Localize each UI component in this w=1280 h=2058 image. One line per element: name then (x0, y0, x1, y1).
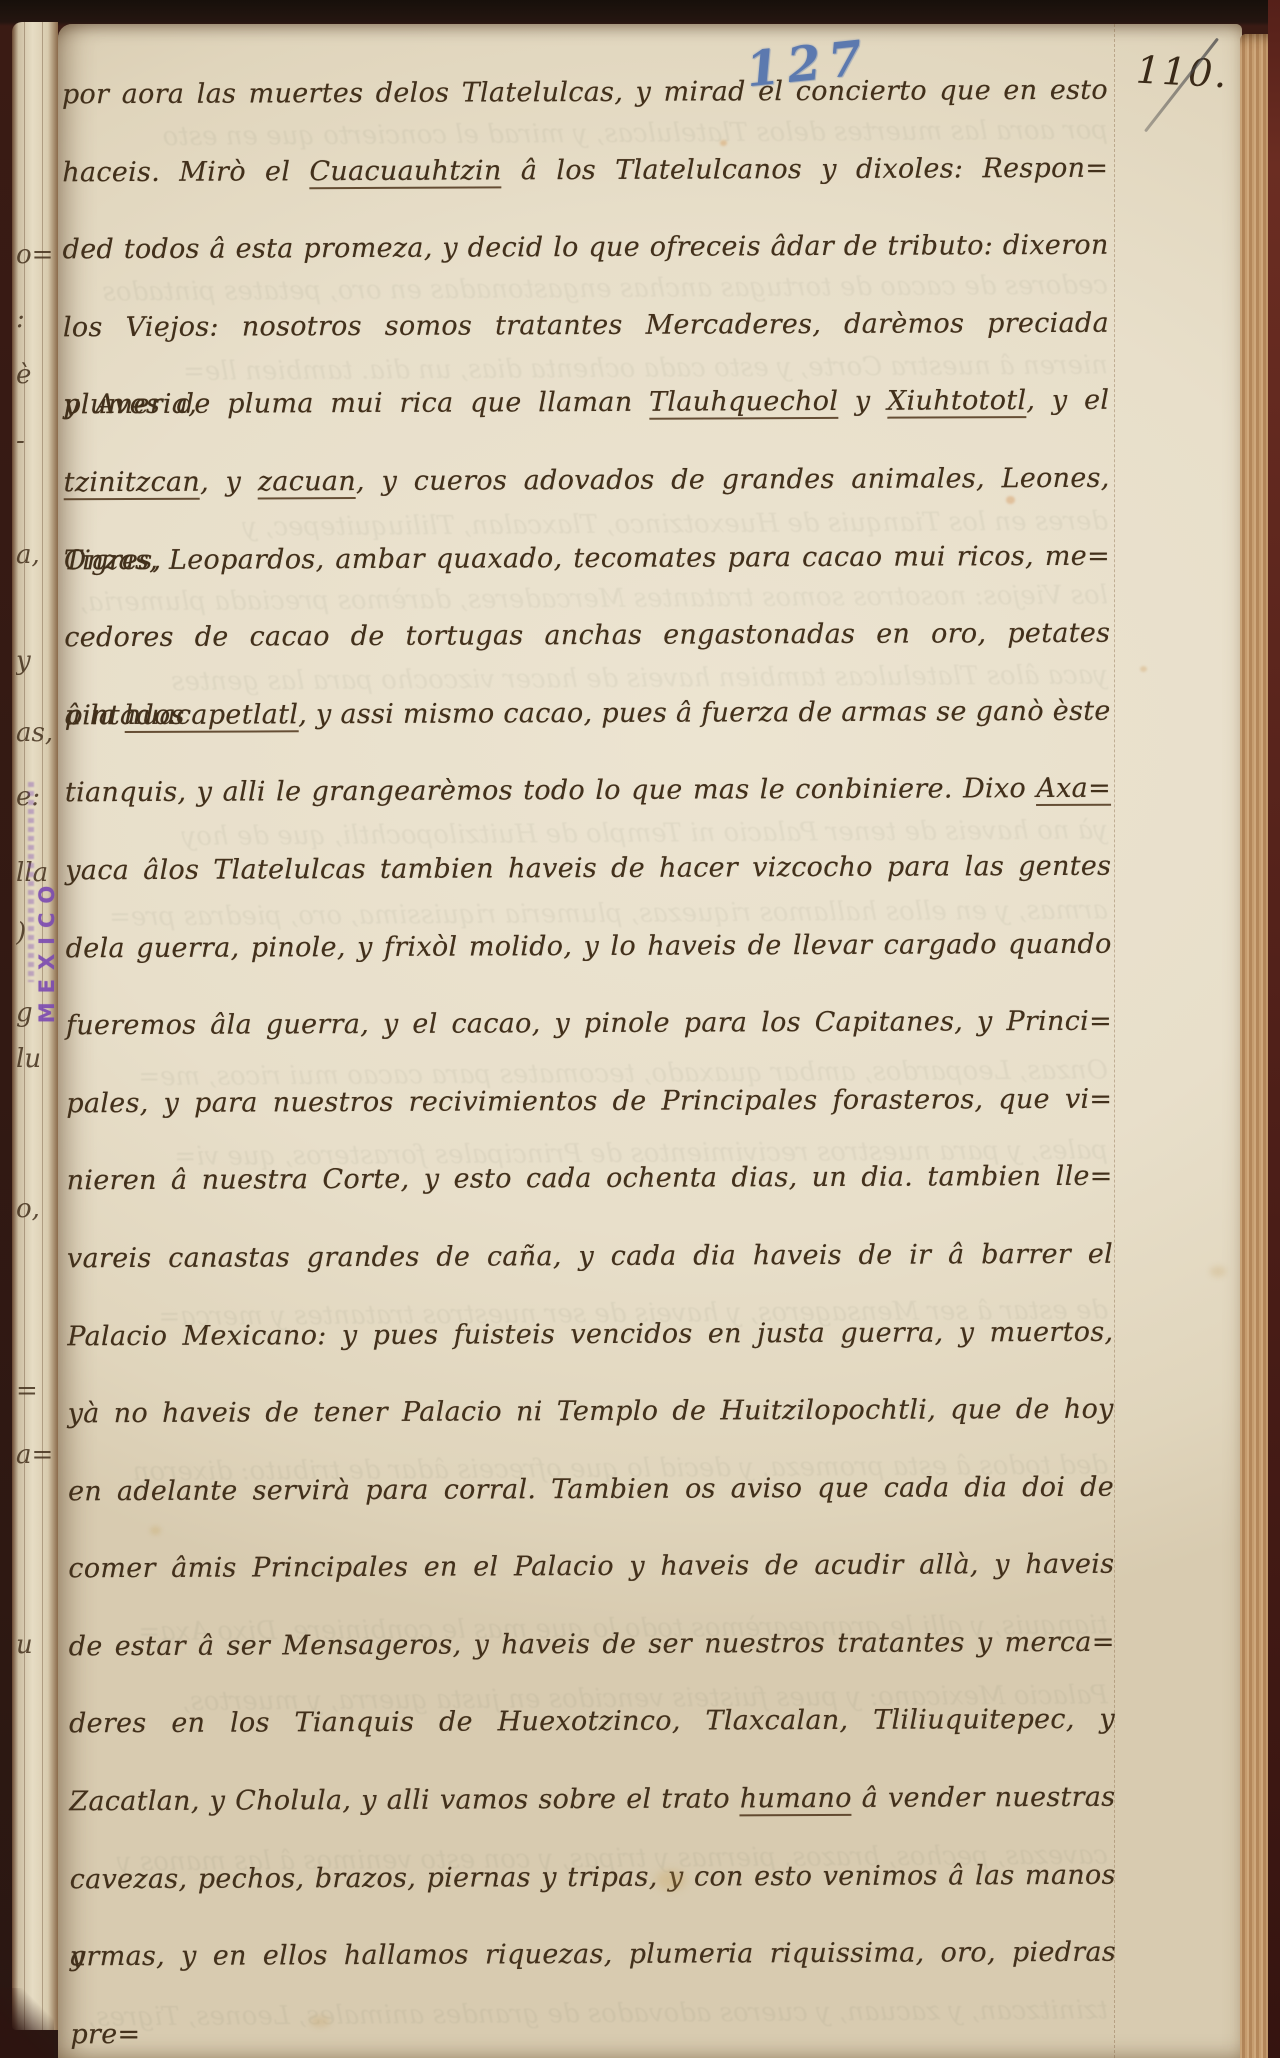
manuscript-line: ded todos â esta promeza, y decid lo que… (62, 207, 1108, 289)
book-fore-edge (1240, 34, 1270, 2058)
margin-fragment: a, (16, 540, 62, 570)
margin-fragment: y (16, 646, 62, 676)
binding-shadow (0, 1988, 54, 2058)
manuscript-line: Onzas, Leopardos, ambar quaxado, tecomat… (64, 517, 1110, 599)
manuscript-line: cavezas, pechos, brazos, piernas y tripa… (70, 1836, 1116, 1918)
mexico-stamp: MEXICO (32, 812, 62, 1090)
manuscript-line: Zacatlan, y Cholula, y alli vamos sobre … (69, 1759, 1115, 1841)
margin-fragment: - (16, 426, 62, 456)
showthrough-line: tzinitzcan, y zacuan, y cueros adovados … (68, 1995, 1108, 2032)
manuscript-line: yà no haveis de tener Palacio ni Templo … (68, 1371, 1114, 1453)
manuscript-line: los Viejos: nosotros somos tratantes Mer… (63, 285, 1109, 367)
margin-fragment: as, (16, 718, 62, 748)
manuscript-line: en adelante servirà para corral. Tambien… (68, 1448, 1114, 1530)
book-cover-edge (1268, 0, 1280, 2058)
manuscript-line: nieren â nuestra Corte, y esto cada oche… (67, 1138, 1113, 1220)
margin-fragment: = (16, 1376, 62, 1406)
manuscript-line: por aora las muertes delos Tlatelulcas, … (62, 52, 1108, 134)
margin-fragment: o= (16, 240, 62, 270)
manuscript-line: haceis. Mirò el Cuacuauhtzin â los Tlate… (62, 129, 1108, 211)
margin-fragment: e: (16, 782, 62, 812)
manuscript-line: yaca âlos Tlatelulcas tambien haveis de … (65, 828, 1111, 910)
margin-fragment: a= (16, 1440, 62, 1470)
manuscript-line: y Aves de pluma mui rica que llaman Tlau… (63, 362, 1109, 444)
paper-stain (1210, 1266, 1226, 1277)
manuscript-page: 127 110. MEXICO por aora las muertes del… (58, 24, 1242, 2058)
manuscript-line: pales, y para nuestros recivimientos de … (66, 1060, 1112, 1142)
manuscript-line: vareis canastas grandes de caña, y cada … (67, 1216, 1113, 1298)
manuscript-line: tzinitzcan, y zacuan, y cueros adovados … (63, 440, 1109, 522)
manuscript-line: Palacio Mexicano: y pues fuisteis vencid… (67, 1293, 1113, 1375)
manuscript-line: dela guerra, pinole, y frixòl molido, y … (65, 905, 1111, 987)
manuscript-line: deres en los Tianquis de Huexotzinco, Tl… (69, 1681, 1115, 1763)
paper-stain (1140, 666, 1147, 672)
manuscript-line: armas, y en ellos hallamos riquezas, plu… (70, 1914, 1116, 1996)
margin-fragment: è (16, 360, 62, 390)
stamp-label: MEXICO (35, 811, 59, 1089)
stamp-small-text (28, 782, 34, 982)
paper-stain (310, 2016, 330, 2027)
manuscript-photo: o=:è-a,yas,e:lla)gluo,=a=u 127 110. MEXI… (0, 0, 1280, 2058)
manuscript-line: tianquis, y alli le grangearèmos todo lo… (65, 750, 1111, 832)
ink-folio-number: 110. (1135, 48, 1230, 97)
margin-fragment: u (16, 1630, 62, 1660)
manuscript-line: fueremos âla guerra, y el cacao, y pinol… (66, 983, 1112, 1065)
manuscript-line: â la huacapetlatl, y assi mismo cacao, p… (64, 672, 1110, 754)
manuscript-line: comer âmis Principales en el Palacio y h… (68, 1526, 1114, 1608)
manuscript-text: por aora las muertes delos Tlatelulcas, … (62, 52, 1116, 1996)
margin-fragment: : (16, 304, 62, 334)
manuscript-line: cedores de cacao de tortugas anchas enga… (64, 595, 1110, 677)
margin-fragment: o, (16, 1194, 62, 1224)
manuscript-line: de estar â ser Mensageros, y haveis de s… (69, 1604, 1115, 1686)
